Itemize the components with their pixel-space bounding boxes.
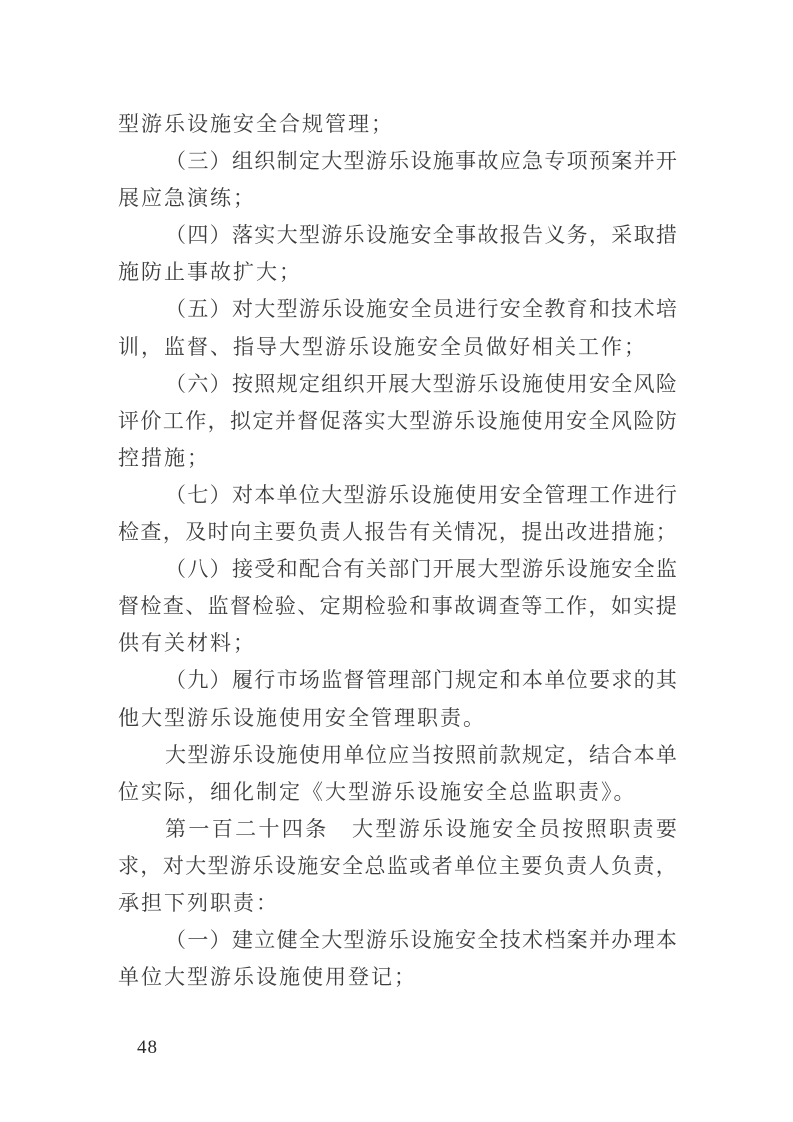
document-page: 型游乐设施安全合规管理；（三）组织制定大型游乐设施事故应急专项预案并开展应急演练…: [0, 0, 793, 1122]
text-line: 训，监督、指导大型游乐设施安全员做好相关工作；: [118, 329, 677, 366]
body-text: 型游乐设施安全合规管理；（三）组织制定大型游乐设施事故应急专项预案并开展应急演练…: [118, 106, 677, 996]
page-number: 48: [137, 1036, 158, 1060]
text-line: 督检查、监督检验、定期检验和事故调查等工作，如实提: [118, 588, 677, 625]
text-line: （九）履行市场监督管理部门规定和本单位要求的其: [118, 662, 677, 699]
text-line: 单位大型游乐设施使用登记；: [118, 959, 677, 996]
text-line: 第一百二十四条 大型游乐设施安全员按照职责要: [118, 811, 677, 848]
text-line: 检查，及时向主要负责人报告有关情况，提出改进措施；: [118, 514, 677, 551]
text-line: （八）接受和配合有关部门开展大型游乐设施安全监: [118, 551, 677, 588]
text-line: （六）按照规定组织开展大型游乐设施使用安全风险: [118, 366, 677, 403]
text-line: 大型游乐设施使用单位应当按照前款规定，结合本单: [118, 737, 677, 774]
text-line: （四）落实大型游乐设施安全事故报告义务，采取措: [118, 217, 677, 254]
text-line: （五）对大型游乐设施安全员进行安全教育和技术培: [118, 291, 677, 328]
text-line: 他大型游乐设施使用安全管理职责。: [118, 700, 677, 737]
text-line: 位实际，细化制定《大型游乐设施安全总监职责》。: [118, 774, 677, 811]
text-line: 供有关材料；: [118, 625, 677, 662]
text-line: 展应急演练；: [118, 180, 677, 217]
text-line: （七）对本单位大型游乐设施使用安全管理工作进行: [118, 477, 677, 514]
text-line: 型游乐设施安全合规管理；: [118, 106, 677, 143]
text-line: 承担下列职责：: [118, 885, 677, 922]
text-line: （一）建立健全大型游乐设施安全技术档案并办理本: [118, 922, 677, 959]
text-line: 施防止事故扩大；: [118, 254, 677, 291]
text-line: 控措施；: [118, 440, 677, 477]
text-line: 求，对大型游乐设施安全总监或者单位主要负责人负责，: [118, 848, 677, 885]
text-line: （三）组织制定大型游乐设施事故应急专项预案并开: [118, 143, 677, 180]
text-line: 评价工作，拟定并督促落实大型游乐设施使用安全风险防: [118, 403, 677, 440]
